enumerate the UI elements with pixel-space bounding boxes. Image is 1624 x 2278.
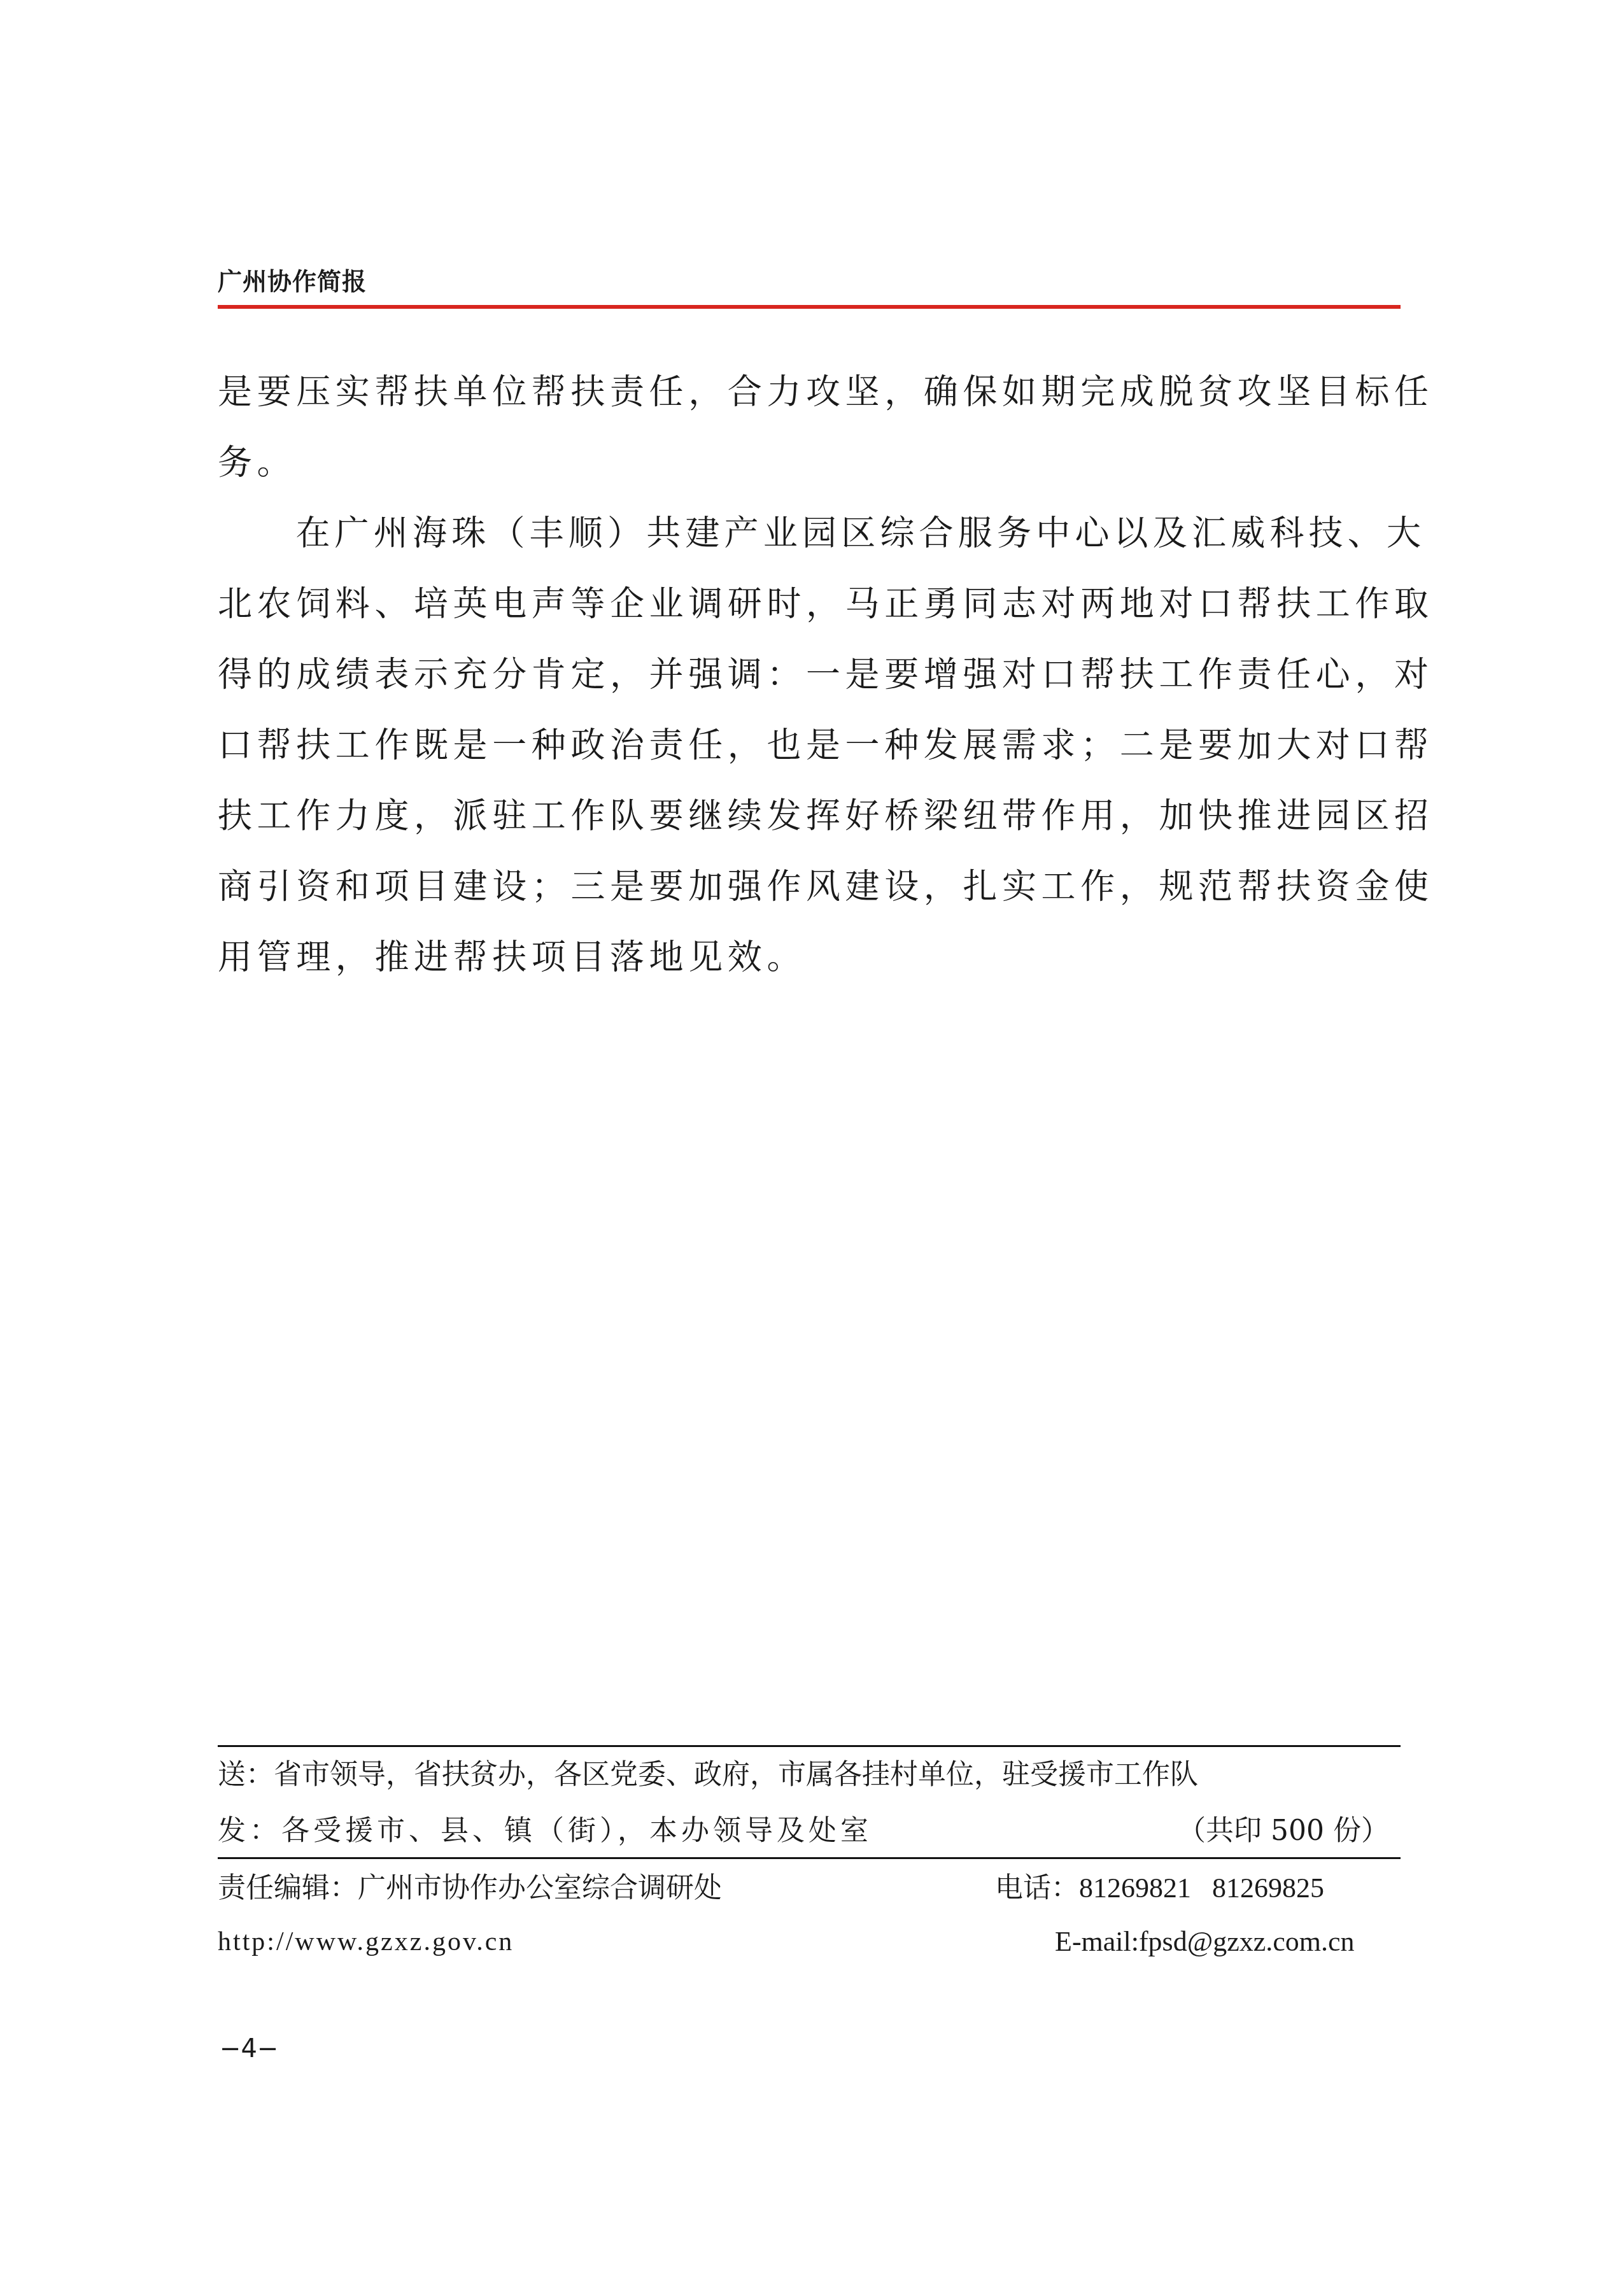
footer-top-rule <box>218 1745 1401 1747</box>
body-line: 北农饲料、培英电声等企业调研时，马正勇同志对两地对口帮扶工作取 <box>218 569 1402 639</box>
body-line: 商引资和项目建设；三是要加强作风建设，扎实工作，规范帮扶资金使 <box>218 851 1402 922</box>
send-to-line: 送：省市领导，省扶贫办，各区党委、政府，市属各挂村单位，驻受援市工作队 <box>218 1758 1198 1792</box>
body-line: 得的成绩表示充分肯定，并强调：一是要增强对口帮扶工作责任心，对 <box>218 639 1402 710</box>
phone-line: 电话：81269821 81269825 <box>995 1872 1324 1905</box>
header-red-rule <box>218 305 1401 309</box>
print-count: （共印 500 份） <box>1178 1815 1389 1848</box>
website-link[interactable]: http://www.gzxz.gov.cn <box>218 1925 514 1958</box>
publication-title: 广州协作简报 <box>218 267 367 295</box>
body-line: 口帮扶工作既是一种政治责任，也是一种发展需求；二是要加大对口帮 <box>218 710 1402 781</box>
email-link[interactable]: E-mail:fpsd@gzxz.com.cn <box>1055 1925 1355 1958</box>
body-line: 是要压实帮扶单位帮扶责任，合力攻坚，确保如期完成脱贫攻坚目标任 <box>218 357 1402 427</box>
distribute-to-line: 发：各受援市、县、镇（街），本办领导及处室 <box>218 1815 872 1848</box>
editor-line: 责任编辑：广州市协作办公室综合调研处 <box>218 1872 722 1905</box>
article-body: 是要压实帮扶单位帮扶责任，合力攻坚，确保如期完成脱贫攻坚目标任 务。 在广州海珠… <box>218 357 1402 993</box>
page-number: −4− <box>220 2034 278 2063</box>
footer-middle-rule <box>218 1857 1401 1859</box>
body-line: 扶工作力度，派驻工作队要继续发挥好桥梁纽带作用，加快推进园区招 <box>218 781 1402 851</box>
body-line: 在广州海珠（丰顺）共建产业园区综合服务中心以及汇威科技、大 <box>218 498 1402 569</box>
body-line: 务。 <box>218 427 1402 498</box>
body-line: 用管理，推进帮扶项目落地见效。 <box>218 922 1402 993</box>
